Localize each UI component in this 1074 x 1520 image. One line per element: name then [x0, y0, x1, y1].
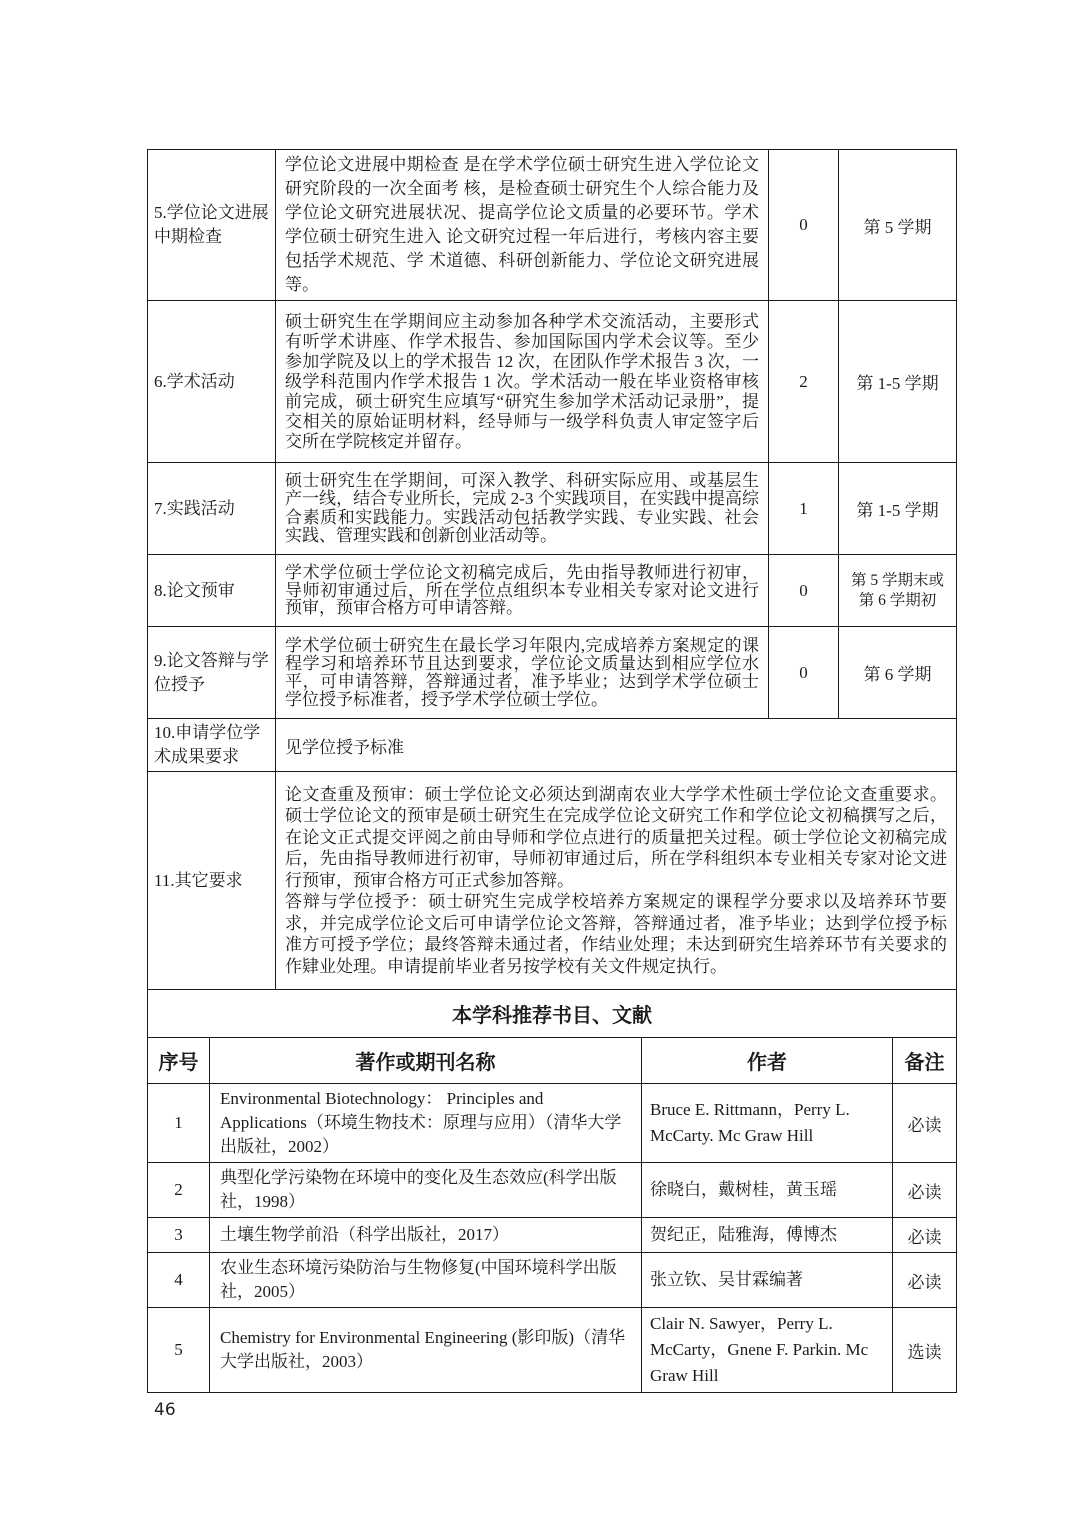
book-index: 4 [148, 1253, 210, 1308]
process-row-9: 9.论文答辩与学位授予 学术学位硕士研究生在最长学习年限内,完成培养方案规定的课… [148, 627, 957, 719]
row-description: 硕士研究生在学期间应主动参加各种学术交流活动，主要形式有听学术讲座、作学术报告、… [276, 301, 769, 463]
other-requirements-paragraph-1: 论文查重及预审：硕士学位论文必须达到湖南农业大学学术性硕士学位论文查重要求。硕士… [285, 784, 947, 892]
books-section-title-row: 本学科推荐书目、文献 [148, 990, 957, 1038]
book-row: 4 农业生态环境污染防治与生物修复(中国环境科学出版社，2005） 张立钦、吴甘… [148, 1253, 957, 1308]
process-row-8: 8.论文预审 学术学位硕士学位论文初稿完成后，先由指导教师进行初审，导师初审通过… [148, 555, 957, 627]
book-title: 农业生态环境污染防治与生物修复(中国环境科学出版社，2005） [210, 1253, 642, 1308]
book-title: 典型化学污染物在环境中的变化及生态效应(科学出版社，1998） [210, 1163, 642, 1218]
book-note: 选读 [893, 1308, 957, 1393]
row-semester: 第 6 学期 [839, 627, 957, 719]
row-label: 10.申请学位学术成果要求 [148, 719, 276, 772]
book-note: 必读 [893, 1163, 957, 1218]
books-table: 本学科推荐书目、文献 序号 著作或期刊名称 作者 备注 1 Environmen… [147, 989, 957, 1393]
row-credit: 1 [769, 463, 839, 555]
book-note: 必读 [893, 1253, 957, 1308]
process-row-11: 11.其它要求 论文查重及预审：硕士学位论文必须达到湖南农业大学学术性硕士学位论… [148, 772, 957, 990]
other-requirements-paragraph-2: 答辩与学位授予：硕士研究生完成学校培养方案规定的课程学分要求以及培养环节要求，并… [285, 891, 947, 977]
book-author: 徐晓白，戴树桂，黄玉瑶 [642, 1163, 893, 1218]
row-label: 9.论文答辩与学位授予 [148, 627, 276, 719]
books-header-row: 序号 著作或期刊名称 作者 备注 [148, 1038, 957, 1084]
process-table: 5.学位论文进展中期检查 学位论文进展中期检查 是在学术学位硕士研究生进入学位论… [147, 149, 957, 990]
row-description: 见学位授予标准 [276, 719, 957, 772]
row-semester: 第 5 学期 [839, 150, 957, 301]
row-description: 硕士研究生在学期间，可深入教学、科研实际应用、或基层生产一线，结合专业所长，完成… [276, 463, 769, 555]
document-body: 5.学位论文进展中期检查 学位论文进展中期检查 是在学术学位硕士研究生进入学位论… [147, 149, 956, 1393]
book-row: 1 Environmental Biotechnology： Principle… [148, 1084, 957, 1163]
semester-line-1: 第 5 学期末或 [845, 571, 950, 591]
row-label: 11.其它要求 [148, 772, 276, 990]
book-title: Environmental Biotechnology： Principles … [210, 1084, 642, 1163]
book-index: 3 [148, 1218, 210, 1253]
row-description: 论文查重及预审：硕士学位论文必须达到湖南农业大学学术性硕士学位论文查重要求。硕士… [276, 772, 957, 990]
row-label: 7.实践活动 [148, 463, 276, 555]
header-note: 备注 [893, 1038, 957, 1084]
process-row-7: 7.实践活动 硕士研究生在学期间，可深入教学、科研实际应用、或基层生产一线，结合… [148, 463, 957, 555]
book-row: 5 Chemistry for Environmental Engineerin… [148, 1308, 957, 1393]
row-credit: 0 [769, 555, 839, 627]
book-index: 2 [148, 1163, 210, 1218]
book-note: 必读 [893, 1084, 957, 1163]
process-row-10: 10.申请学位学术成果要求 见学位授予标准 [148, 719, 957, 772]
process-row-6: 6.学术活动 硕士研究生在学期间应主动参加各种学术交流活动，主要形式有听学术讲座… [148, 301, 957, 463]
row-credit: 0 [769, 150, 839, 301]
books-section-title: 本学科推荐书目、文献 [148, 990, 957, 1038]
row-semester: 第 1-5 学期 [839, 463, 957, 555]
book-title: Chemistry for Environmental Engineering … [210, 1308, 642, 1393]
row-label: 6.学术活动 [148, 301, 276, 463]
book-note: 必读 [893, 1218, 957, 1253]
row-semester: 第 1-5 学期 [839, 301, 957, 463]
book-author: 贺纪正，陆雅海，傅博杰 [642, 1218, 893, 1253]
row-label: 5.学位论文进展中期检查 [148, 150, 276, 301]
row-label: 8.论文预审 [148, 555, 276, 627]
semester-line-2: 第 6 学期初 [845, 591, 950, 611]
process-row-5: 5.学位论文进展中期检查 学位论文进展中期检查 是在学术学位硕士研究生进入学位论… [148, 150, 957, 301]
row-credit: 2 [769, 301, 839, 463]
book-title: 土壤生物学前沿（科学出版社，2017） [210, 1218, 642, 1253]
book-author: 张立钦、吴甘霖编著 [642, 1253, 893, 1308]
row-semester: 第 5 学期末或 第 6 学期初 [839, 555, 957, 627]
row-description: 学术学位硕士学位论文初稿完成后，先由指导教师进行初审，导师初审通过后，所在学位点… [276, 555, 769, 627]
book-author: Bruce E. Rittmann，Perry L. McCarty. Mc G… [642, 1084, 893, 1163]
row-credit: 0 [769, 627, 839, 719]
book-row: 2 典型化学污染物在环境中的变化及生态效应(科学出版社，1998） 徐晓白，戴树… [148, 1163, 957, 1218]
book-row: 3 土壤生物学前沿（科学出版社，2017） 贺纪正，陆雅海，傅博杰 必读 [148, 1218, 957, 1253]
book-index: 5 [148, 1308, 210, 1393]
row-description: 学术学位硕士研究生在最长学习年限内,完成培养方案规定的课程学习和培养环节且达到要… [276, 627, 769, 719]
book-author: Clair N. Sawyer，Perry L. McCarty，Gnene F… [642, 1308, 893, 1393]
header-index: 序号 [148, 1038, 210, 1084]
row-description: 学位论文进展中期检查 是在学术学位硕士研究生进入学位论文研究阶段的一次全面考 核… [276, 150, 769, 301]
header-title: 著作或期刊名称 [210, 1038, 642, 1084]
header-author: 作者 [642, 1038, 893, 1084]
book-index: 1 [148, 1084, 210, 1163]
page-number: 46 [154, 1400, 176, 1420]
